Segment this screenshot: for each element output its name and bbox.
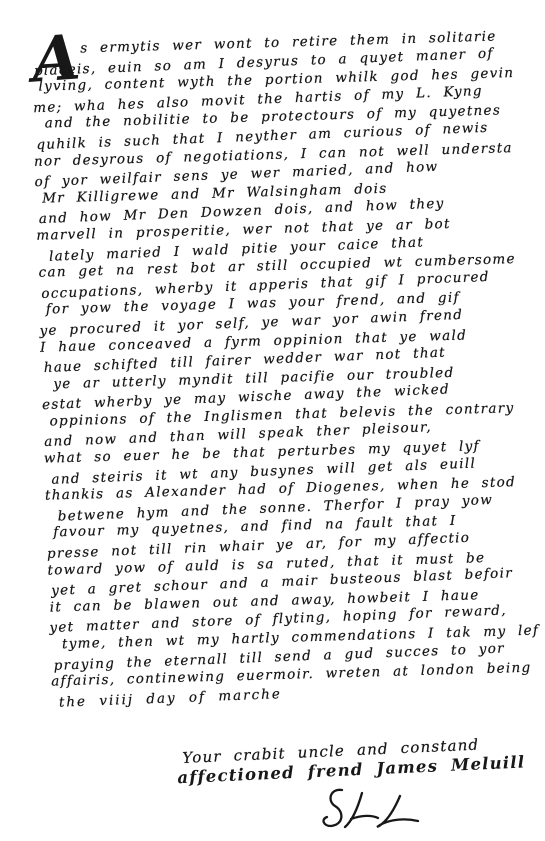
closing-block: Your crabit uncle and constand affection…: [182, 732, 526, 787]
letter-body: s ermytis wer wont to retire them in sol…: [30, 26, 545, 711]
signature-flourish-icon: [318, 786, 428, 834]
manuscript-page: A s ermytis wer wont to retire them in s…: [0, 0, 545, 841]
